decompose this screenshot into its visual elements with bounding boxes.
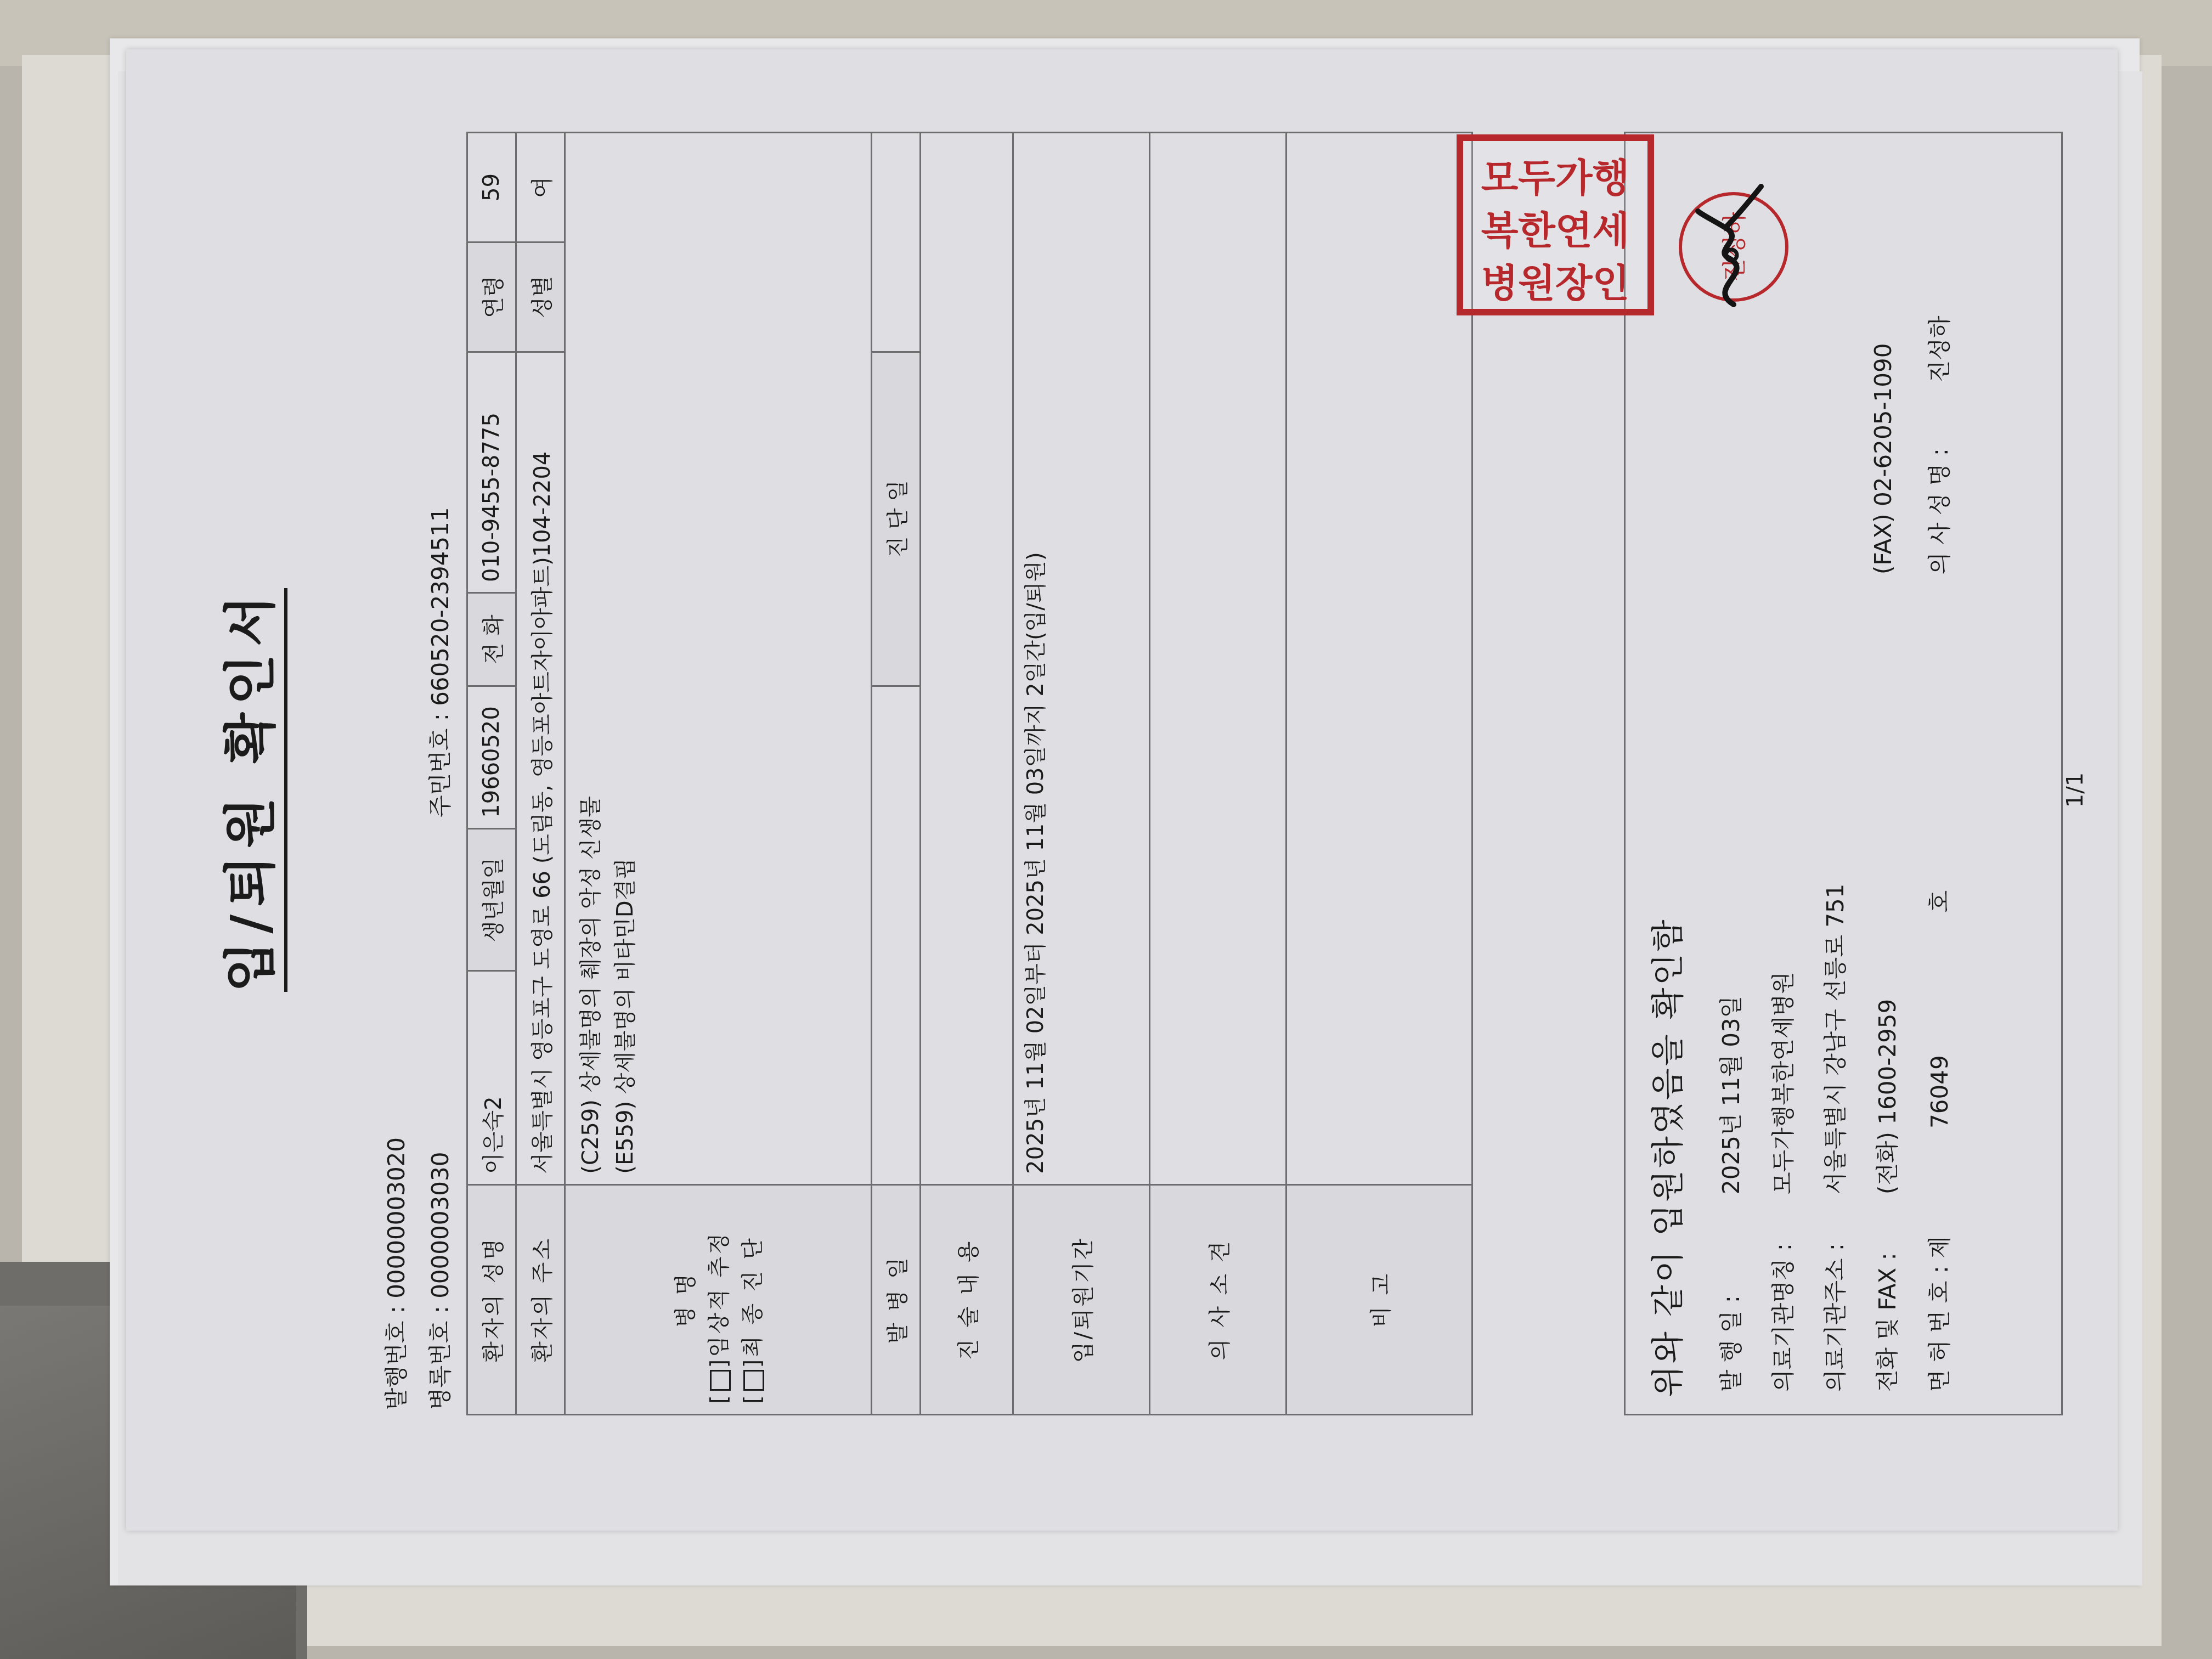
diagnosis-label: 병 명 [668, 1195, 699, 1404]
diagnosis-item: (E559) 상세불명의 비타민D결핍 [608, 143, 639, 1174]
patient-name: 이은숙2 [467, 971, 516, 1184]
diagnosis-date [872, 133, 921, 352]
institution-name: 모두가행복한연세병원 [1765, 972, 1798, 1194]
sex-label: 성별 [516, 242, 565, 352]
diagnosis-list: (C259) 상세불명의 췌장의 악성 신생물 (E559) 상세불명의 비타민… [565, 133, 872, 1185]
diagnosis-row: 병 명 []임상적 추정 []최 종 진 단 (C259) 상세불명의 췌장의 … [565, 133, 872, 1415]
institution-address: 서울특별시 강남구 선릉로 751 [1818, 883, 1850, 1194]
remarks-label: 비 고 [1286, 1184, 1472, 1414]
doctor-row: 의 사 성 명 :진성하 [1922, 315, 1955, 574]
confirmation-text: 위와 같이 입원하였음을 확인함 [1642, 917, 1689, 1397]
diagnosis-label-cell: 병 명 []임상적 추정 []최 종 진 단 [565, 1184, 872, 1414]
age-label: 연령 [467, 242, 516, 352]
record-number: 병록번호 : 0000003030 [422, 1152, 455, 1410]
statement-row: 진 술 내 용 [921, 133, 1013, 1415]
checkbox-icon[interactable] [710, 1370, 731, 1391]
dates-row: 발 병 일 진 단 일 [872, 133, 921, 1415]
institution-address-row: 의료기관주소 :서울특별시 강남구 선릉로 751 [1818, 883, 1850, 1392]
admission-label: 입/퇴원기간 [1013, 1184, 1150, 1414]
clinical-estimate-option[interactable]: []임상적 추정 [702, 1195, 733, 1404]
phone-label: 전 화 [467, 592, 516, 686]
admission-row: 입/퇴원기간 2025년 11월 02일부터 2025년 11월 03일까지 2… [1013, 133, 1150, 1415]
patient-name-row: 환자의 성명 이은숙2 생년월일 19660520 전 화 010-9455-8… [467, 133, 516, 1415]
address-label: 환자의 주소 [516, 1184, 565, 1414]
checkbox-icon[interactable] [743, 1370, 764, 1391]
diagnosis-date-label: 진 단 일 [872, 352, 921, 686]
opinion-label: 의 사 소 견 [1150, 1184, 1286, 1414]
institution-row: 의료기관명칭 :모두가행복한연세병원 [1765, 972, 1798, 1392]
patient-info-table: 환자의 성명 이은숙2 생년월일 19660520 전 화 010-9455-8… [466, 132, 1473, 1415]
statement-label: 진 술 내 용 [921, 1184, 1013, 1414]
patient-address: 서울특별시 영등포구 도영로 66 (도림동, 영등포아트자이아파트)104-2… [516, 352, 565, 1184]
patient-sex: 여 [516, 133, 565, 242]
signature-icon [1695, 184, 1767, 310]
confirmation-footer: 위와 같이 입원하였음을 확인함 발 행 일 :2025년 11월 03일 의료… [1624, 132, 2063, 1415]
resident-number: 주민번호 : 660520-2394511 [422, 507, 455, 817]
statement-value [921, 133, 1013, 1185]
page-number: 1/1 [2063, 49, 2088, 1531]
doctor-name: 진성하 [1926, 315, 1953, 382]
phone-fax-row: 전화 및 FAX :(전화) 1600-2959 [1870, 999, 1903, 1392]
opinion-row: 의 사 소 견 [1150, 133, 1286, 1415]
onset-label: 발 병 일 [872, 1184, 921, 1414]
document-page: 입/퇴원 확인서 발행번호 : 00000003020 병록번호 : 00000… [126, 49, 2118, 1531]
hospital-seal-stamp: 모두가행복한연세병원장인 [1457, 134, 1654, 315]
onset-date [872, 686, 921, 1184]
opinion-value [1150, 133, 1286, 1185]
birth-label: 생년월일 [467, 828, 516, 971]
diagnosis-item: (C259) 상세불명의 췌장의 악성 신생물 [573, 143, 605, 1174]
institution-fax: (FAX) 02-6205-1090 [1870, 343, 1897, 574]
issue-date: 2025년 11월 03일 [1713, 996, 1746, 1194]
license-number: 76049 [1926, 1055, 1953, 1128]
document-title: 입/퇴원 확인서 [208, 49, 284, 1531]
admission-period: 2025년 11월 02일부터 2025년 11월 03일까지 2일간(입/퇴원… [1013, 133, 1150, 1185]
remarks-row: 비 고 [1286, 133, 1472, 1415]
patient-address-row: 환자의 주소 서울특별시 영등포구 도영로 66 (도림동, 영등포아트자이아파… [516, 133, 565, 1415]
remarks-value [1286, 133, 1472, 1185]
birth-date: 19660520 [467, 686, 516, 828]
patient-phone: 010-9455-8775 [467, 352, 516, 592]
issue-date-row: 발 행 일 :2025년 11월 03일 [1713, 996, 1746, 1392]
institution-phone: (전화) 1600-2959 [1870, 999, 1903, 1194]
issue-number: 발행번호 : 00000003020 [379, 1137, 411, 1410]
license-row: 면 허 번 호 : 제76049호 [1922, 890, 1955, 1392]
final-diagnosis-option[interactable]: []최 종 진 단 [735, 1195, 766, 1404]
patient-name-label: 환자의 성명 [467, 1184, 516, 1414]
patient-age: 59 [467, 133, 516, 242]
